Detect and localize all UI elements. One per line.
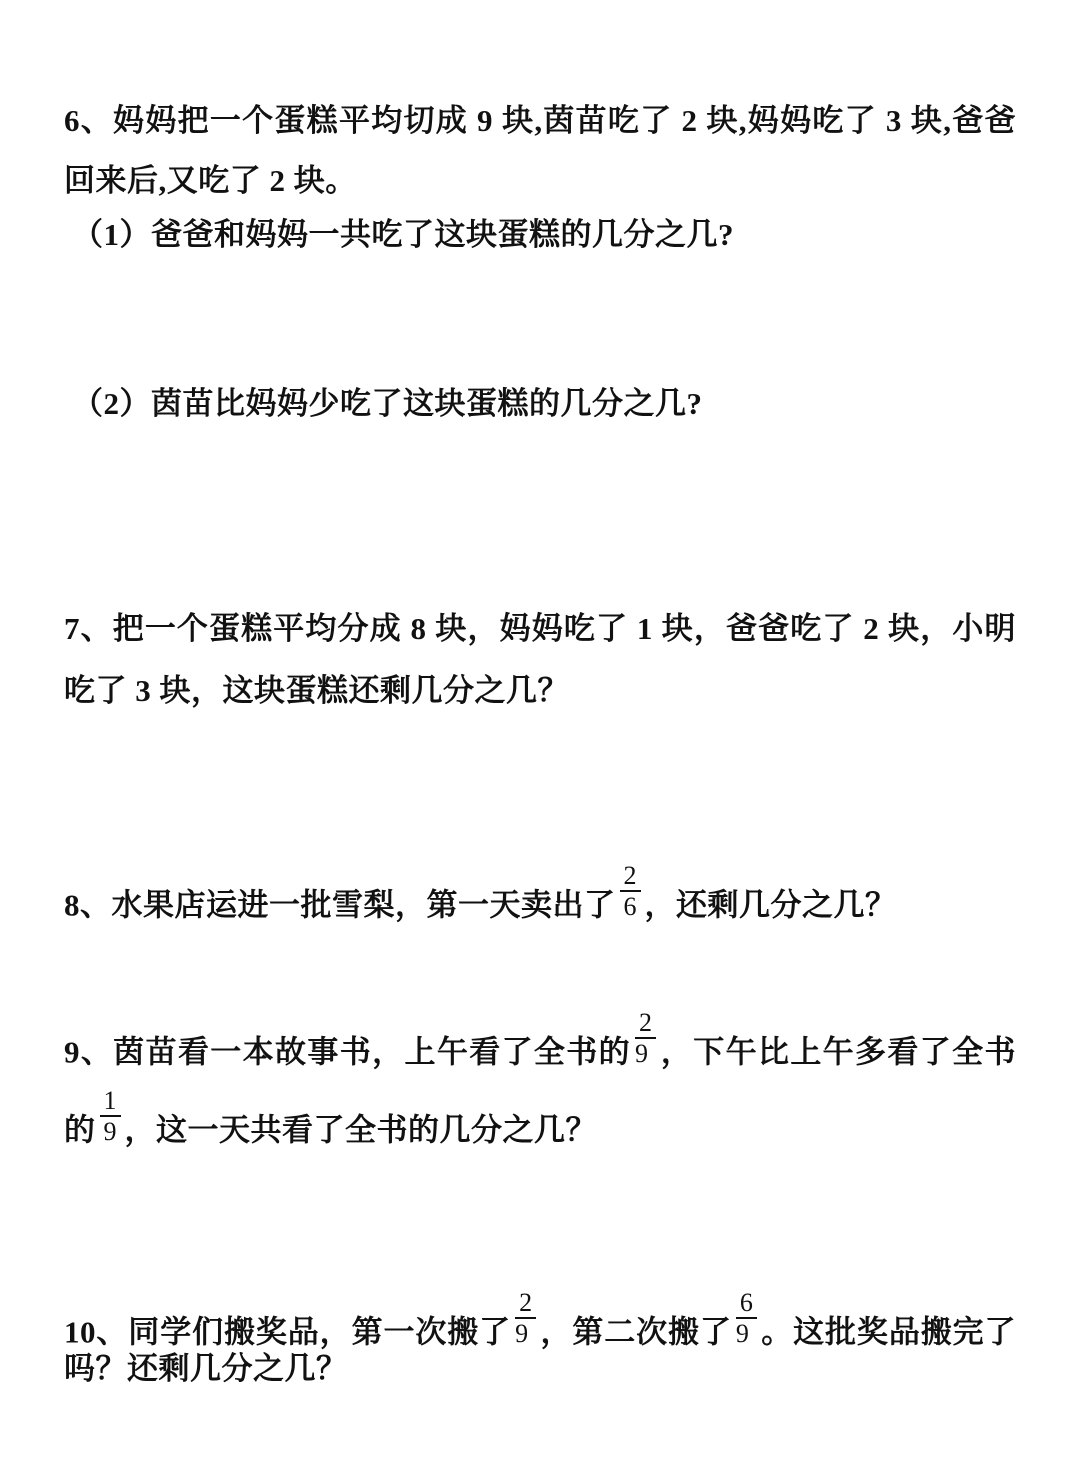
fraction-numerator: 2 [620, 862, 641, 892]
problem-10-text-before: 10、同学们搬奖品，第一次搬了 [64, 1314, 511, 1349]
problem-6-question-1: （1）爸爸和妈妈一共吃了这块蛋糕的几分之几? [72, 215, 1016, 255]
problem-6-text-line-1: 6、妈妈把一个蛋糕平均切成 9 块,茵苗吃了 2 块,妈妈吃了 3 块,爸爸 [64, 101, 1016, 141]
problem-9-text-line-2: 的19，这一天共看了全书的几分之几？ [64, 1087, 1016, 1150]
problem-6-text-line-2: 回来后,又吃了 2 块。 [64, 161, 1016, 201]
fraction-numerator: 2 [635, 1009, 656, 1039]
problem-10-text-line-2: 吗？还剩几分之几？ [64, 1349, 1016, 1389]
fraction-numerator: 1 [100, 1087, 121, 1117]
problem-10-text-mid: ，第二次搬了 [540, 1314, 732, 1349]
problem-8-text-before: 8、水果店运进一批雪梨，第一天卖出了 [64, 887, 616, 922]
fraction-2-9: 29 [515, 1289, 536, 1348]
fraction-denominator: 9 [100, 1117, 121, 1145]
fraction-numerator: 6 [736, 1289, 757, 1319]
problem-6-question-2: （2）茵苗比妈妈少吃了这块蛋糕的几分之几? [72, 384, 1016, 424]
problem-9-text-line-1: 9、茵苗看一本故事书，上午看了全书的29，下午比上午多看了全书 [64, 1009, 1016, 1072]
worksheet-page: 6、妈妈把一个蛋糕平均切成 9 块,茵苗吃了 2 块,妈妈吃了 3 块,爸爸 回… [0, 0, 1080, 1471]
fraction-1-9: 19 [100, 1087, 121, 1146]
problem-7-text-line-1: 7、把一个蛋糕平均分成 8 块，妈妈吃了 1 块，爸爸吃了 2 块，小明 [64, 609, 1016, 649]
fraction-denominator: 9 [635, 1039, 656, 1067]
problem-9-line2-text-before: 的 [64, 1112, 96, 1147]
problem-9-text-after: ，下午比上午多看了全书 [660, 1034, 1016, 1069]
problem-10-text-line-1: 10、同学们搬奖品，第一次搬了29，第二次搬了69。这批奖品搬完了 [64, 1289, 1016, 1352]
fraction-denominator: 9 [736, 1319, 757, 1347]
problem-9-line2-text-after: ，这一天共看了全书的几分之几？ [125, 1112, 598, 1147]
fraction-denominator: 6 [620, 892, 641, 920]
problem-8-text-line-1: 8、水果店运进一批雪梨，第一天卖出了26，还剩几分之几？ [64, 862, 1016, 925]
fraction-denominator: 9 [515, 1319, 536, 1347]
fraction-numerator: 2 [515, 1289, 536, 1319]
problem-9-text-before: 9、茵苗看一本故事书，上午看了全书的 [64, 1034, 631, 1069]
fraction-2-6: 26 [620, 862, 641, 921]
fraction-2-9: 29 [635, 1009, 656, 1068]
problem-7-text-line-2: 吃了 3 块，这块蛋糕还剩几分之几？ [64, 671, 1016, 711]
problem-10-text-after: 。这批奖品搬完了 [761, 1314, 1016, 1349]
problem-8-text-after: ，还剩几分之几？ [645, 887, 897, 922]
fraction-6-9: 69 [736, 1289, 757, 1348]
